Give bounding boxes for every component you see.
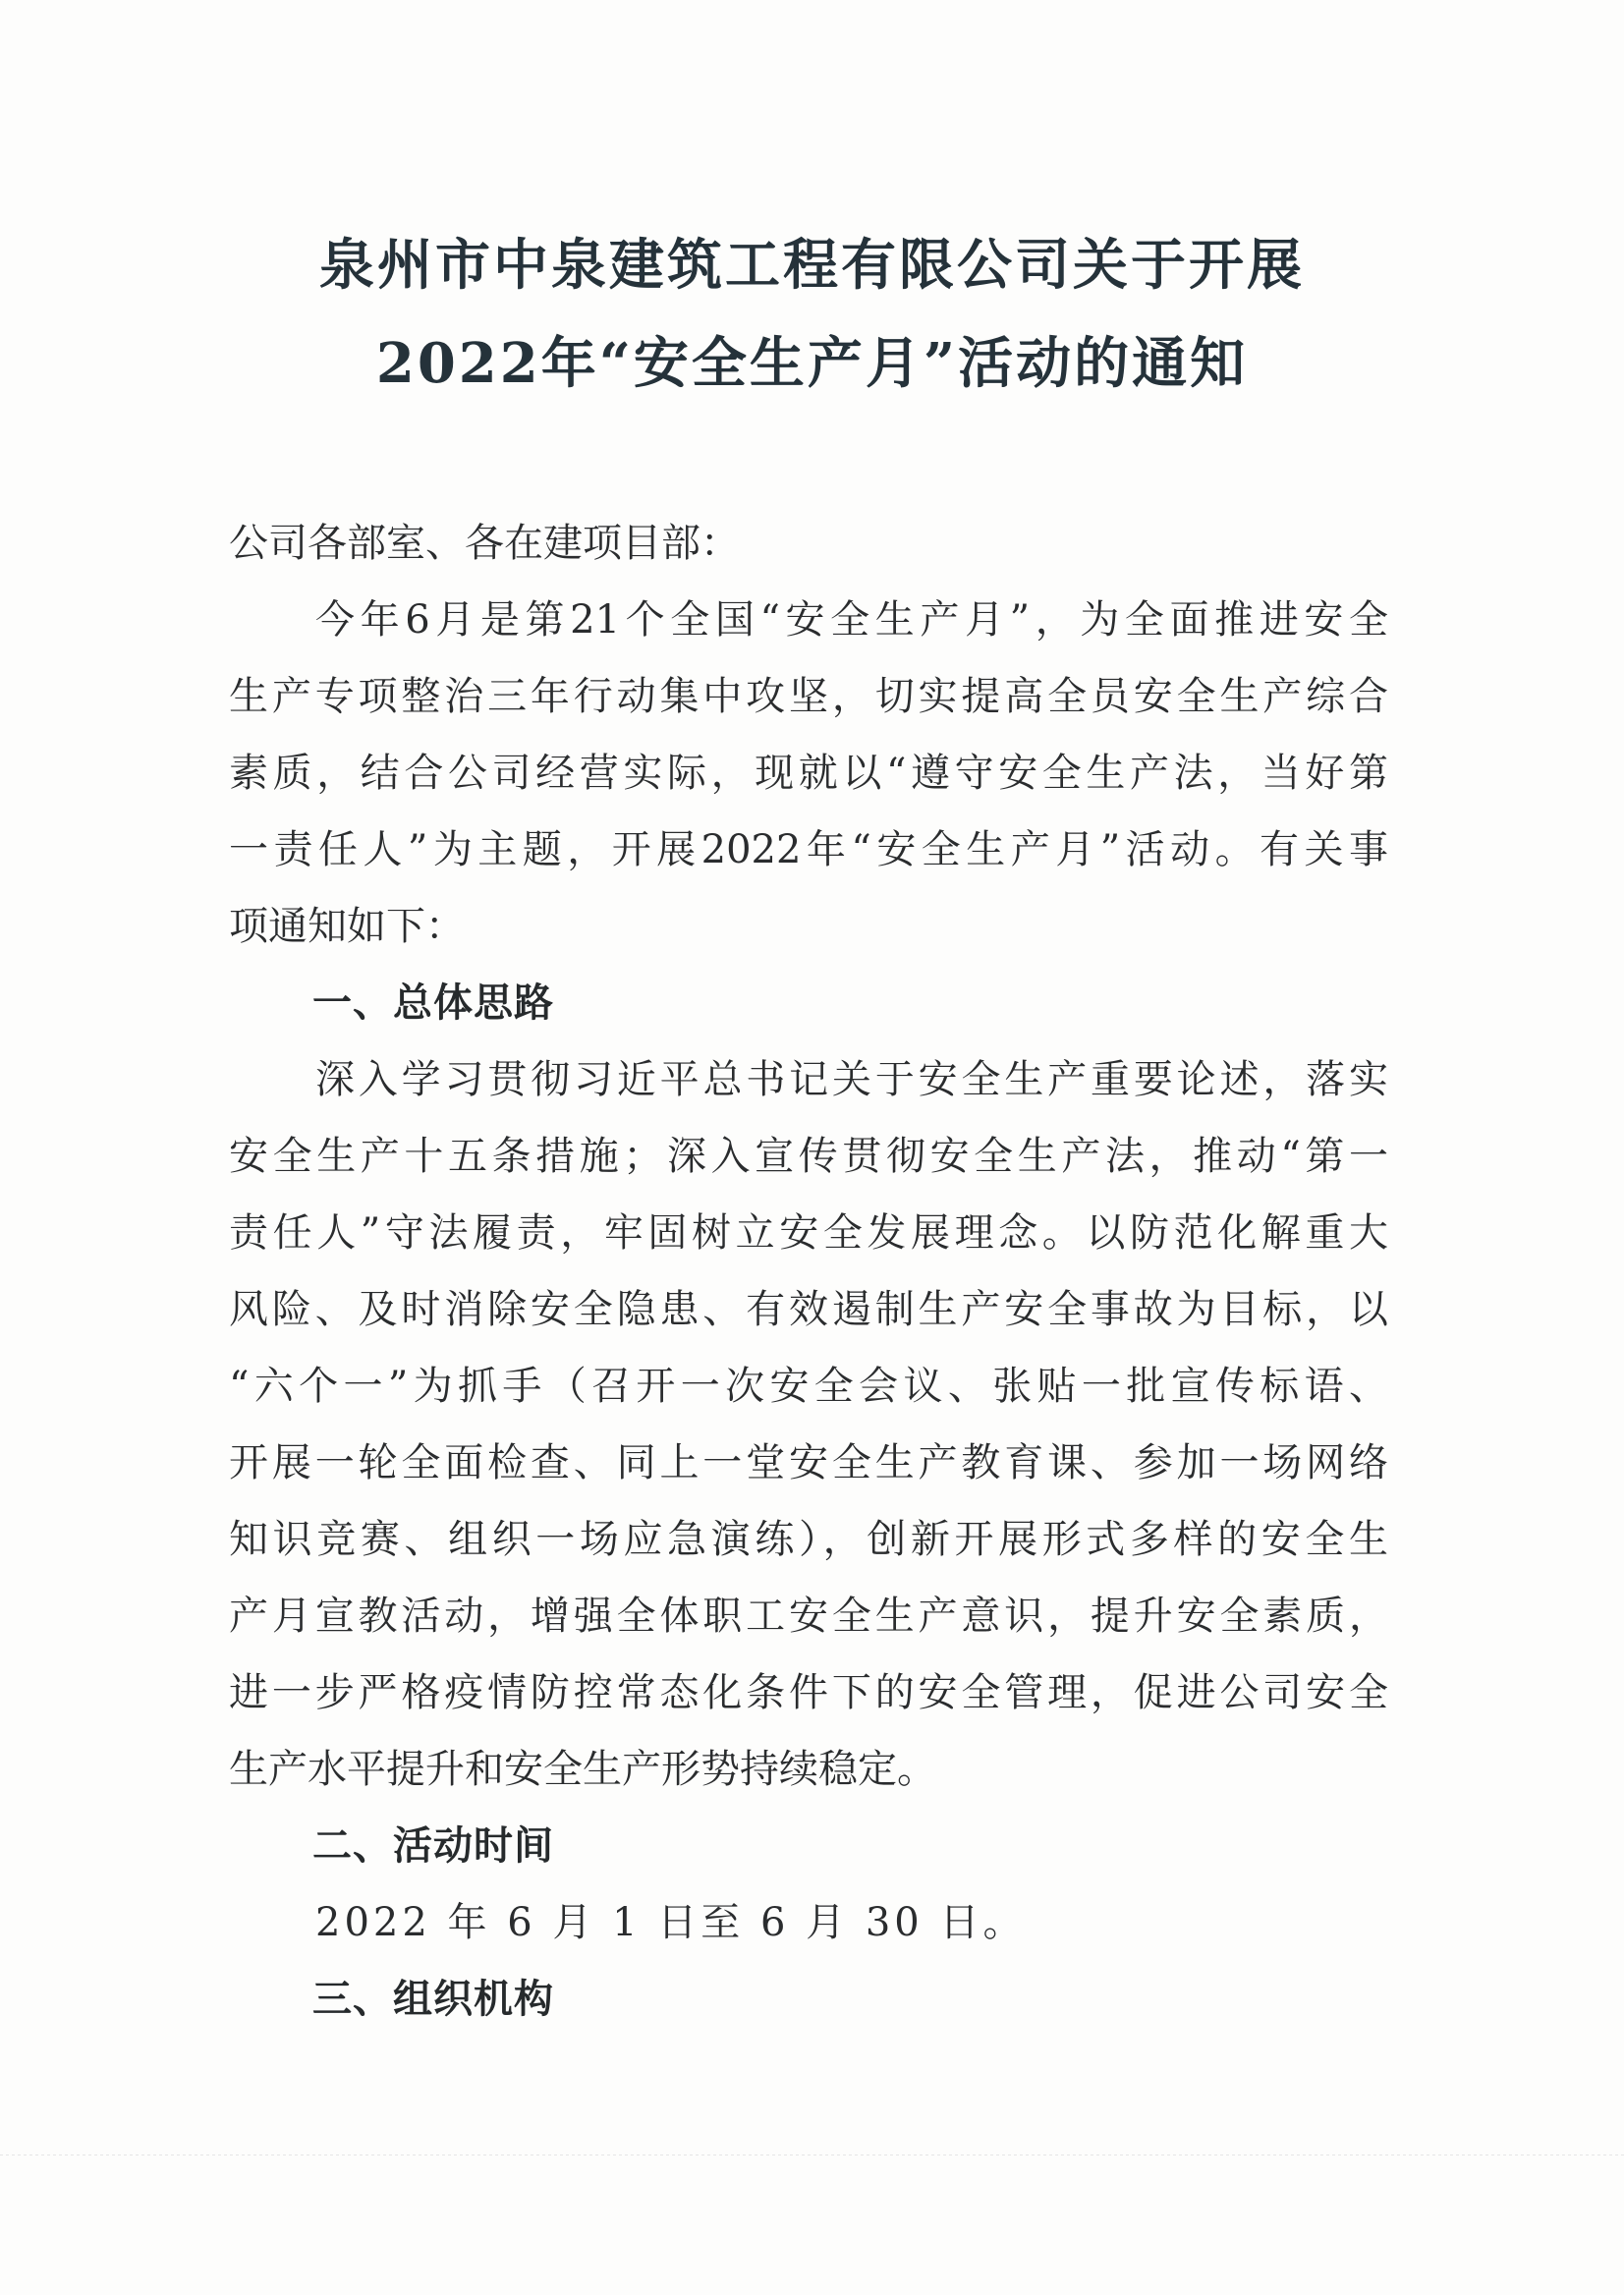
section-heading-overall-approach: 一、总体思路 [312, 965, 554, 1041]
intro-paragraph-line: 生产专项整治三年行动集中攻坚，切实提高全员安全生产综合 [229, 658, 1388, 735]
section-1-line: 深入学习贯彻习近平总书记关于安全生产重要论述，落实 [315, 1041, 1388, 1118]
section-1-line: “六个一”为抓手（召开一次安全会议、张贴一批宣传标语、 [229, 1348, 1388, 1425]
section-heading-activity-time: 二、活动时间 [312, 1808, 554, 1884]
section-1-line: 知识竞赛、组织一场应急演练），创新开展形式多样的安全生 [229, 1501, 1388, 1578]
section-1-line: 进一步严格疫情防控常态化条件下的安全管理，促进公司安全 [229, 1654, 1388, 1731]
salutation: 公司各部室、各在建项目部： [229, 505, 1388, 582]
document-title-line-1: 泉州市中泉建筑工程有限公司关于开展 [0, 221, 1624, 309]
section-heading-organization: 三、组织机构 [312, 1961, 554, 2038]
intro-paragraph-line: 素质，结合公司经营实际，现就以“遵守安全生产法，当好第 [229, 735, 1388, 812]
section-1-line: 产月宣教活动，增强全体职工安全生产意识，提升安全素质， [229, 1578, 1388, 1654]
activity-date-range: 2022 年 6 月 1 日至 6 月 30 日。 [315, 1884, 1026, 1961]
intro-paragraph-line: 今年6月是第21个全国“安全生产月”，为全面推进安全 [315, 582, 1388, 658]
intro-paragraph-line: 一责任人”为主题，开展2022年“安全生产月”活动。有关事 [229, 812, 1388, 888]
section-1-line: 开展一轮全面检查、同上一堂安全生产教育课、参加一场网络 [229, 1425, 1388, 1501]
scan-artifact-line [0, 2155, 1624, 2155]
section-1-line: 风险、及时消除安全隐患、有效遏制生产安全事故为目标，以 [229, 1271, 1388, 1348]
section-1-line: 生产水平提升和安全生产形势持续稳定。 [229, 1731, 1388, 1808]
section-1-line: 安全生产十五条措施；深入宣传贯彻安全生产法，推动“第一 [229, 1118, 1388, 1195]
document-page: 泉州市中泉建筑工程有限公司关于开展 2022年“安全生产月”活动的通知 公司各部… [0, 0, 1624, 2295]
intro-paragraph-line: 项通知如下： [229, 888, 1388, 965]
document-title-line-2: 2022年“安全生产月”活动的通知 [0, 319, 1624, 408]
section-1-line: 责任人”守法履责，牢固树立安全发展理念。以防范化解重大 [229, 1195, 1388, 1271]
